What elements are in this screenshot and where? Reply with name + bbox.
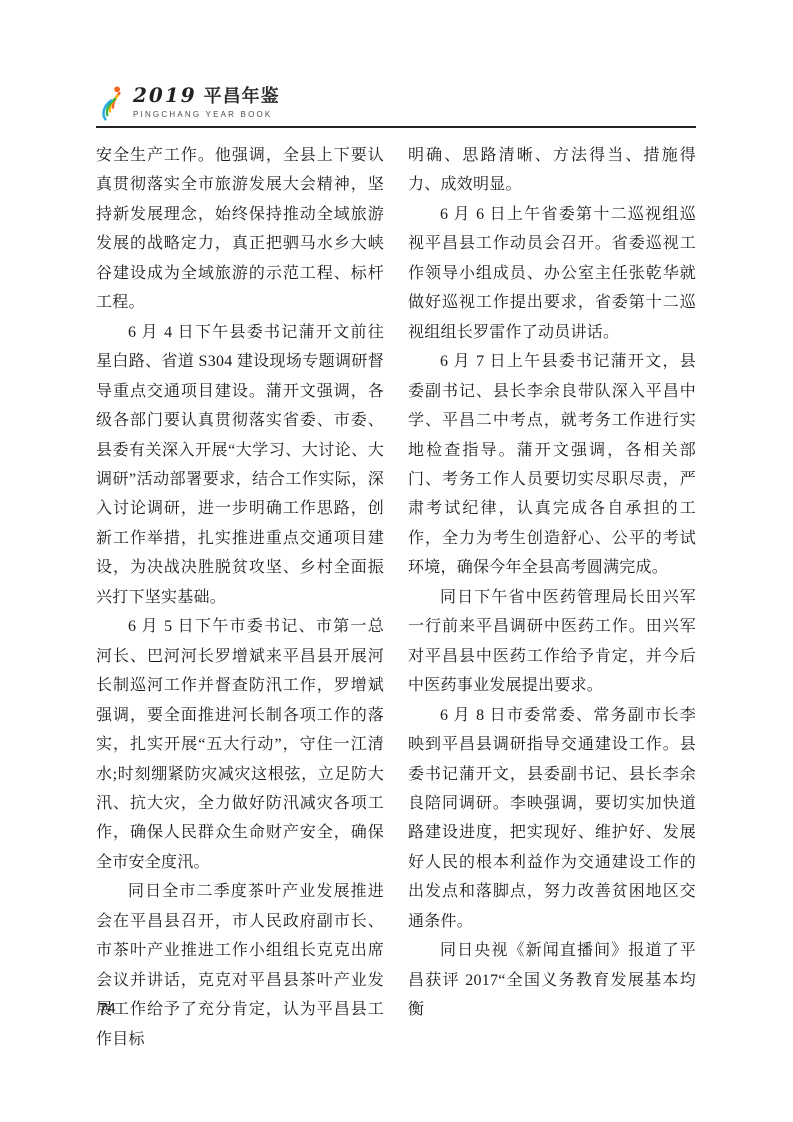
yearbook-page: 2019 平昌年鉴 PINGCHANG YEAR BOOK 安全生产工作。他强调… [0,0,793,1122]
right-column: 明确、思路清晰、方法得当、措施得力、成效明显。6 月 6 日上午省委第十二巡视组… [408,141,696,1054]
paragraph: 同日央视《新闻直播间》报道了平昌获评 2017“全国义务教育发展基本均衡 [408,936,696,1024]
page-header: 2019 平昌年鉴 PINGCHANG YEAR BOOK [96,82,696,128]
paragraph: 6 月 7 日上午县委书记蒲开文，县委副书记、县长李余良带队深入平昌中学、平昌二… [408,347,696,583]
logo-year: 2019 [133,83,197,107]
paragraph: 安全生产工作。他强调，全县上下要认真贯彻落实全市旅游发展大会精神，坚持新发展理念… [96,141,384,318]
logo-subtitle: PINGCHANG YEAR BOOK [133,110,280,119]
page-body: 安全生产工作。他强调，全县上下要认真贯彻落实全市旅游发展大会精神，坚持新发展理念… [96,141,696,1054]
logo-title: 平昌年鉴 [204,82,280,108]
paragraph: 6 月 6 日上午省委第十二巡视组巡视平昌县工作动员会召开。省委巡视工作领导小组… [408,200,696,347]
ribbon-dancer-icon [96,83,126,121]
paragraph: 6 月 5 日下午市委书记、市第一总河长、巴河河长罗增斌来平昌县开展河长制巡河工… [96,612,384,877]
left-column: 安全生产工作。他强调，全县上下要认真贯彻落实全市旅游发展大会精神，坚持新发展理念… [96,141,384,1054]
paragraph: 6 月 4 日下午县委书记蒲开文前往星白路、省道 S304 建设现场专题调研督导… [96,318,384,613]
logo-text: 2019 平昌年鉴 PINGCHANG YEAR BOOK [133,82,280,119]
paragraph: 6 月 8 日市委常委、常务副市长李映到平昌县调研指导交通建设工作。县委书记蒲开… [408,701,696,937]
header-divider [96,126,696,128]
paragraph: 明确、思路清晰、方法得当、措施得力、成效明显。 [408,141,696,200]
paragraph: 同日下午省中医药管理局长田兴军一行前来平昌调研中医药工作。田兴军对平昌县中医药工… [408,583,696,701]
page-number: 74 [99,1000,116,1017]
paragraph: 同日全市二季度茶叶产业发展推进会在平昌县召开，市人民政府副市长、市茶叶产业推进工… [96,877,384,1054]
yearbook-logo: 2019 平昌年鉴 PINGCHANG YEAR BOOK [96,82,696,121]
